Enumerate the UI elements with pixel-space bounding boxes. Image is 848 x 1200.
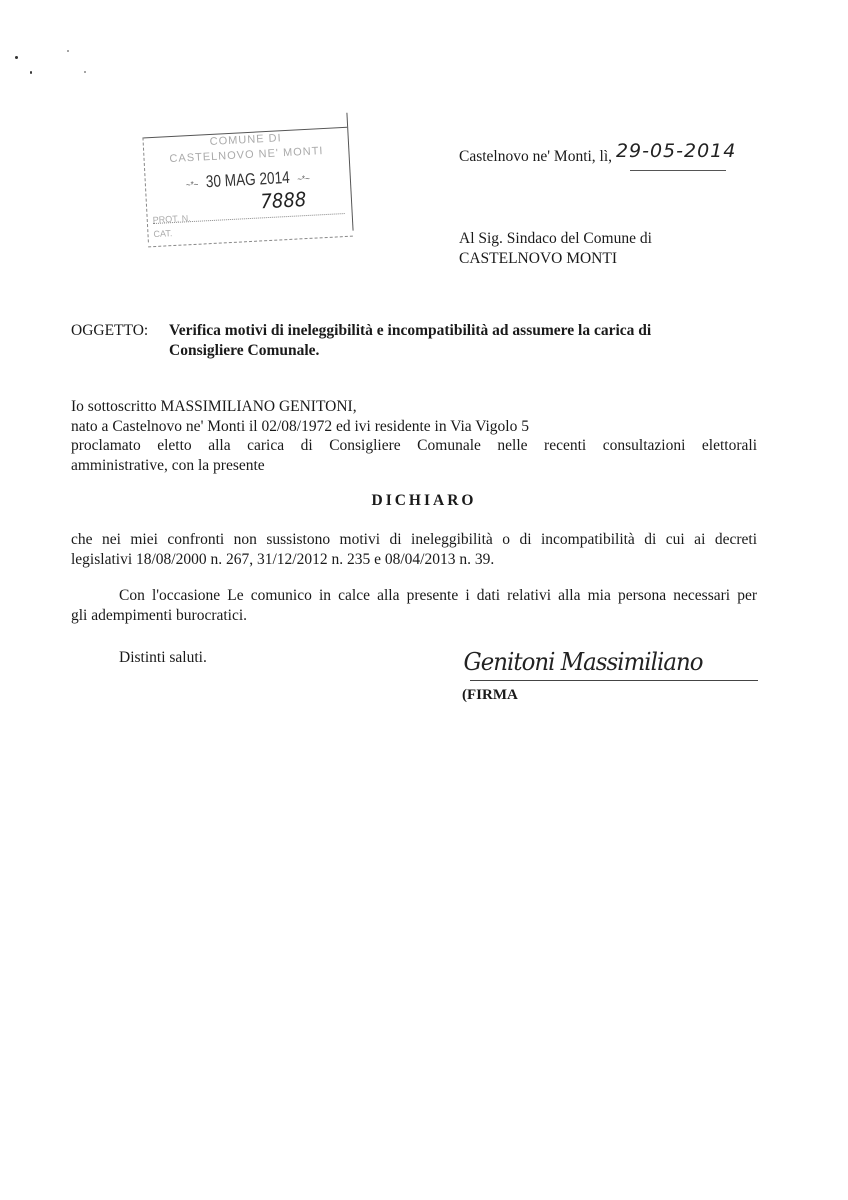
scan-speck [30, 71, 32, 74]
intro-paragraph: Io sottoscritto MASSIMILIANO GENITONI, n… [71, 397, 757, 475]
stamp-border [142, 137, 148, 242]
intro-line: Io sottoscritto MASSIMILIANO GENITONI, [71, 397, 757, 417]
intro-line: nato a Castelnovo ne' Monti il 02/08/197… [71, 417, 757, 437]
place-date-label: Castelnovo ne' Monti, lì, [459, 148, 612, 165]
subject-label: OGGETTO: [71, 321, 148, 340]
scan-speck [15, 56, 18, 59]
declaration-line: legislativi 18/08/2000 n. 267, 31/12/201… [71, 551, 494, 568]
handwritten-date: 29-05-2014 [616, 142, 736, 161]
date-underline [630, 170, 726, 171]
addressee-line: Al Sig. Sindaco del Comune di [459, 229, 652, 249]
occasion-paragraph: Con l'occasione Le comunico in calce all… [71, 586, 757, 625]
signature-label: (FIRMA [462, 686, 518, 705]
protocol-stamp: COMUNE DI CASTELNOVO NE' MONTI ~*~ 30 MA… [142, 113, 357, 256]
addressee: Al Sig. Sindaco del Comune di CASTELNOVO… [459, 229, 652, 269]
occasion-line: Con l'occasione Le comunico in calce all… [71, 586, 757, 606]
subject-text: Verifica motivi di ineleggibilità e inco… [169, 321, 729, 361]
stamp-ornament-icon: ~*~ [186, 180, 199, 192]
stamp-border [346, 113, 353, 231]
scan-speck [84, 71, 86, 73]
declaration-paragraph: che nei miei confronti non sussistono mo… [71, 530, 757, 569]
handwritten-signature: Genitoni Massimiliano [464, 648, 749, 684]
stamp-ornament-icon: ~*~ [297, 174, 310, 186]
place-date: Castelnovo ne' Monti, lì, 29-05-2014 [459, 146, 736, 166]
signature-line [470, 680, 758, 681]
declaration-line: che nei miei confronti non sussistono mo… [71, 530, 757, 550]
occasion-line: gli adempimenti burocratici. [71, 607, 247, 624]
addressee-line: CASTELNOVO MONTI [459, 249, 652, 269]
intro-line: amministrative, con la presente [71, 456, 757, 476]
declaration-heading: DICHIARO [0, 492, 848, 510]
intro-line: proclamato eletto alla carica di Consigl… [71, 436, 757, 456]
closing-salutation: Distinti saluti. [119, 648, 207, 667]
scan-speck [67, 50, 69, 52]
